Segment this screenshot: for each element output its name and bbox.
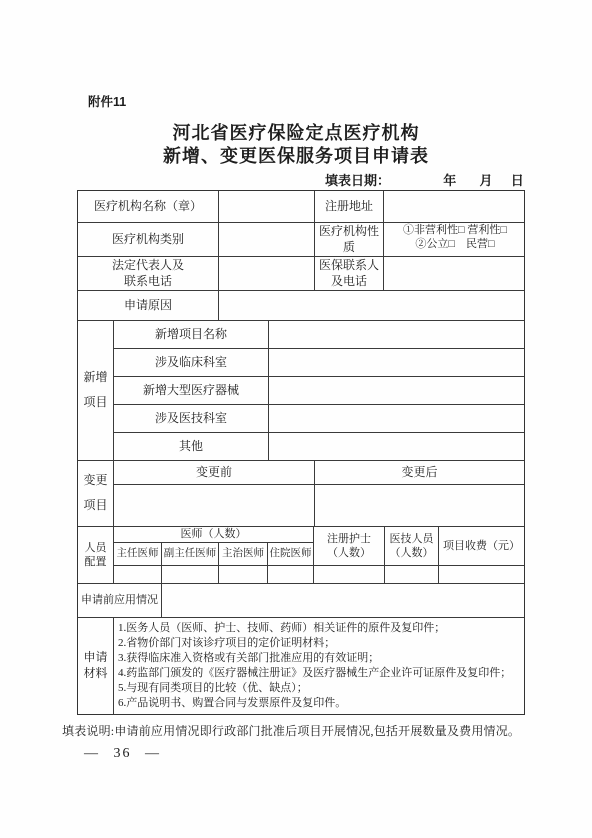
materials-label-line1: 申请 <box>83 650 107 666</box>
chief-physician-field <box>114 566 162 584</box>
scanned-form-page: 附件11 河北省医疗保险定点医疗机构 新增、变更医保服务项目申请表 填表日期： … <box>0 0 592 838</box>
section-label-staffing: 人员 配置 <box>78 527 114 584</box>
attending-physician-field <box>219 566 268 584</box>
section-new-items: 新增 项目 新增项目名称 涉及临床科室 新增大型医疗器械 涉及医技科室 其他 <box>78 321 524 461</box>
tech-header: 医技人员 （人数） <box>385 527 439 566</box>
org-name-label: 医疗机构名称（章） <box>78 191 219 223</box>
material-item-3: 3.获得临床准入资格或有关部门批准应用的有效证明； <box>118 651 379 666</box>
insurance-contact-label-line1: 医保联系人 <box>319 258 379 274</box>
legal-rep-label: 法定代表人及 联系电话 <box>78 257 219 291</box>
apply-reason-label: 申请原因 <box>78 291 219 321</box>
change-after-label: 变更后 <box>315 461 524 485</box>
staffing-label-line2: 配置 <box>85 555 107 569</box>
section-staffing: 人员 配置 医师（人数） 注册护士 （人数） 医技人员 （人数） 项目收费（元）… <box>78 527 524 584</box>
section-pre-application: 申请前应用情况 <box>78 584 524 618</box>
reg-address-field <box>384 191 524 223</box>
other-field <box>269 433 524 461</box>
deputy-chief-physician-field <box>162 566 219 584</box>
nurse-header-line1: 注册护士 <box>327 532 371 546</box>
new-item-name-label: 新增项目名称 <box>114 321 269 349</box>
reg-address-label: 注册地址 <box>315 191 384 223</box>
materials-label-line2: 材料 <box>83 666 107 682</box>
change-after-field <box>315 485 524 527</box>
insurance-contact-label-line2: 及电话 <box>331 274 367 290</box>
section-label-change-items: 变更 项目 <box>78 461 114 527</box>
section-change-items: 变更 项目 变更前 变更后 <box>78 461 524 527</box>
medtech-dept-label: 涉及医技科室 <box>114 405 269 433</box>
material-item-4: 4.药监部门颁发的《医疗器械注册证》及医疗器械生产企业许可证原件及复印件； <box>118 666 511 681</box>
nurse-header: 注册护士 （人数） <box>314 527 385 566</box>
tech-field <box>385 566 439 584</box>
material-item-2: 2.省物价部门对该诊疗项目的定价证明材料； <box>118 636 335 651</box>
attending-physician-header: 主治医师 <box>219 543 268 566</box>
new-items-label-line1: 新增 <box>83 370 107 386</box>
pre-application-field <box>162 584 524 618</box>
change-before-field <box>114 485 315 527</box>
legal-rep-field <box>219 257 315 291</box>
attachment-number: 附件11 <box>88 92 126 110</box>
other-label: 其他 <box>114 433 269 461</box>
material-item-5: 5.与现有同类项目的比较（优、缺点）； <box>118 681 308 696</box>
physician-group-header: 医师（人数） <box>114 527 314 543</box>
chief-physician-header: 主任医师 <box>114 543 162 566</box>
tech-header-line1: 医技人员 <box>390 532 434 546</box>
clinical-dept-field <box>269 349 524 377</box>
deputy-chief-physician-header: 副主任医师 <box>162 543 219 566</box>
fill-date-label: 填表日期： <box>325 173 390 188</box>
change-before-label: 变更前 <box>114 461 315 485</box>
nurse-field <box>314 566 385 584</box>
section-label-materials: 申请 材料 <box>78 618 114 714</box>
org-name-field <box>219 191 315 223</box>
form-title-line2: 新增、变更医保服务项目申请表 <box>0 142 592 168</box>
fill-date-month-label: 月 <box>480 173 493 188</box>
org-nature-options: ①非营利性□ 营利性□ ②公立□ 民营□ <box>384 223 524 257</box>
fill-date-day-label: 日 <box>511 173 524 188</box>
org-category-label: 医疗机构类别 <box>78 223 219 257</box>
org-category-field <box>219 223 315 257</box>
large-equipment-field <box>269 377 524 405</box>
materials-list: 1.医务人员（医师、护士、技师、药师）相关证件的原件及复印件； 2.省物价部门对… <box>114 618 524 714</box>
staffing-label-line1: 人员 <box>85 541 107 555</box>
material-item-1: 1.医务人员（医师、护士、技师、药师）相关证件的原件及复印件； <box>118 621 445 636</box>
nurse-header-line2: （人数） <box>327 546 371 560</box>
change-items-label-line1: 变更 <box>83 473 107 489</box>
page-number: — 36 — <box>84 746 161 762</box>
org-nature-option-nonprofit: ①非营利性□ 营利性□ <box>403 223 507 237</box>
fee-field <box>439 566 524 584</box>
insurance-contact-label: 医保联系人 及电话 <box>315 257 384 291</box>
fill-date-line: 填表日期： 年 月 日 <box>325 170 524 189</box>
change-items-label-line2: 项目 <box>83 498 107 514</box>
insurance-contact-field <box>384 257 524 291</box>
application-form-table: 医疗机构名称（章） 注册地址 医疗机构类别 医疗机构性质 ①非营利性□ 营利性□… <box>77 190 525 715</box>
legal-rep-label-line1: 法定代表人及 <box>112 258 184 274</box>
new-items-label-line2: 项目 <box>83 395 107 411</box>
clinical-dept-label: 涉及临床科室 <box>114 349 269 377</box>
medtech-dept-field <box>269 405 524 433</box>
section-label-new-items: 新增 项目 <box>78 321 114 461</box>
large-equipment-label: 新增大型医疗器械 <box>114 377 269 405</box>
apply-reason-field <box>219 291 524 321</box>
fill-date-year-label: 年 <box>443 173 456 188</box>
fee-header: 项目收费（元） <box>439 527 524 566</box>
org-nature-label: 医疗机构性质 <box>315 223 384 257</box>
org-nature-option-public-private: ②公立□ 民营□ <box>415 237 494 251</box>
legal-rep-label-line2: 联系电话 <box>124 274 172 290</box>
form-filling-note: 填表说明:申请前应用情况即行政部门批准后项目开展情况,包括开展数量及费用情况。 <box>62 722 542 739</box>
resident-physician-field <box>268 566 314 584</box>
section-basic-info: 医疗机构名称（章） 注册地址 医疗机构类别 医疗机构性质 ①非营利性□ 营利性□… <box>78 191 524 321</box>
material-item-6: 6.产品说明书、购置合同与发票原件及复印件。 <box>118 696 346 711</box>
section-materials: 申请 材料 1.医务人员（医师、护士、技师、药师）相关证件的原件及复印件； 2.… <box>78 618 524 714</box>
resident-physician-header: 住院医师 <box>268 543 314 566</box>
pre-application-label: 申请前应用情况 <box>78 584 162 618</box>
new-item-name-field <box>269 321 524 349</box>
tech-header-line2: （人数） <box>390 546 434 560</box>
